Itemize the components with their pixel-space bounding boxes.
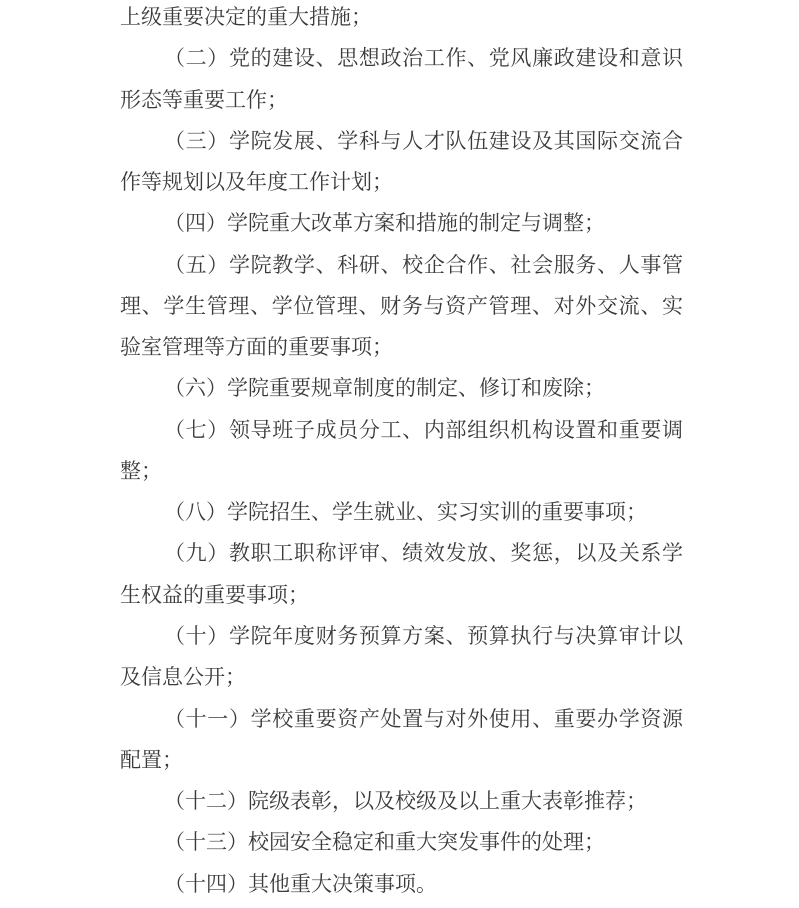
text-line: 生权益的重要事项； [120, 575, 683, 616]
text-line: （八）学院招生、学生就业、实习实训的重要事项； [120, 492, 683, 533]
text-line: （五）学院教学、科研、校企合作、社会服务、人事管 [120, 245, 683, 286]
text-line: 整； [120, 451, 683, 492]
document-page: 上级重要决定的重大措施； （二）党的建设、思想政治工作、党风廉政建设和意识 形态… [0, 0, 799, 905]
text-line: 配置； [120, 740, 683, 781]
text-line: （六）学院重要规章制度的制定、修订和废除； [120, 368, 683, 409]
text-line: （三）学院发展、学科与人才队伍建设及其国际交流合 [120, 121, 683, 162]
text-line: 及信息公开； [120, 657, 683, 698]
text-line: （十一）学校重要资产处置与对外使用、重要办学资源 [120, 699, 683, 740]
text-line: （十四）其他重大决策事项。 [120, 864, 683, 905]
text-line: （七）领导班子成员分工、内部组织机构设置和重要调 [120, 410, 683, 451]
text-line: 上级重要决定的重大措施； [120, 0, 683, 38]
text-line: 验室管理等方面的重要事项； [120, 327, 683, 368]
text-line: 作等规划以及年度工作计划； [120, 162, 683, 203]
text-line: （二）党的建设、思想政治工作、党风廉政建设和意识 [120, 38, 683, 79]
text-line: 理、学生管理、学位管理、财务与资产管理、对外交流、实 [120, 286, 683, 327]
text-line: （十三）校园安全稳定和重大突发事件的处理； [120, 822, 683, 863]
text-line: （十二）院级表彰，以及校级及以上重大表彰推荐； [120, 781, 683, 822]
text-line: （四）学院重大改革方案和措施的制定与调整； [120, 203, 683, 244]
text-line: （九）教职工职称评审、绩效发放、奖惩，以及关系学 [120, 533, 683, 574]
text-line: （十）学院年度财务预算方案、预算执行与决算审计以 [120, 616, 683, 657]
text-line: 形态等重要工作； [120, 80, 683, 121]
